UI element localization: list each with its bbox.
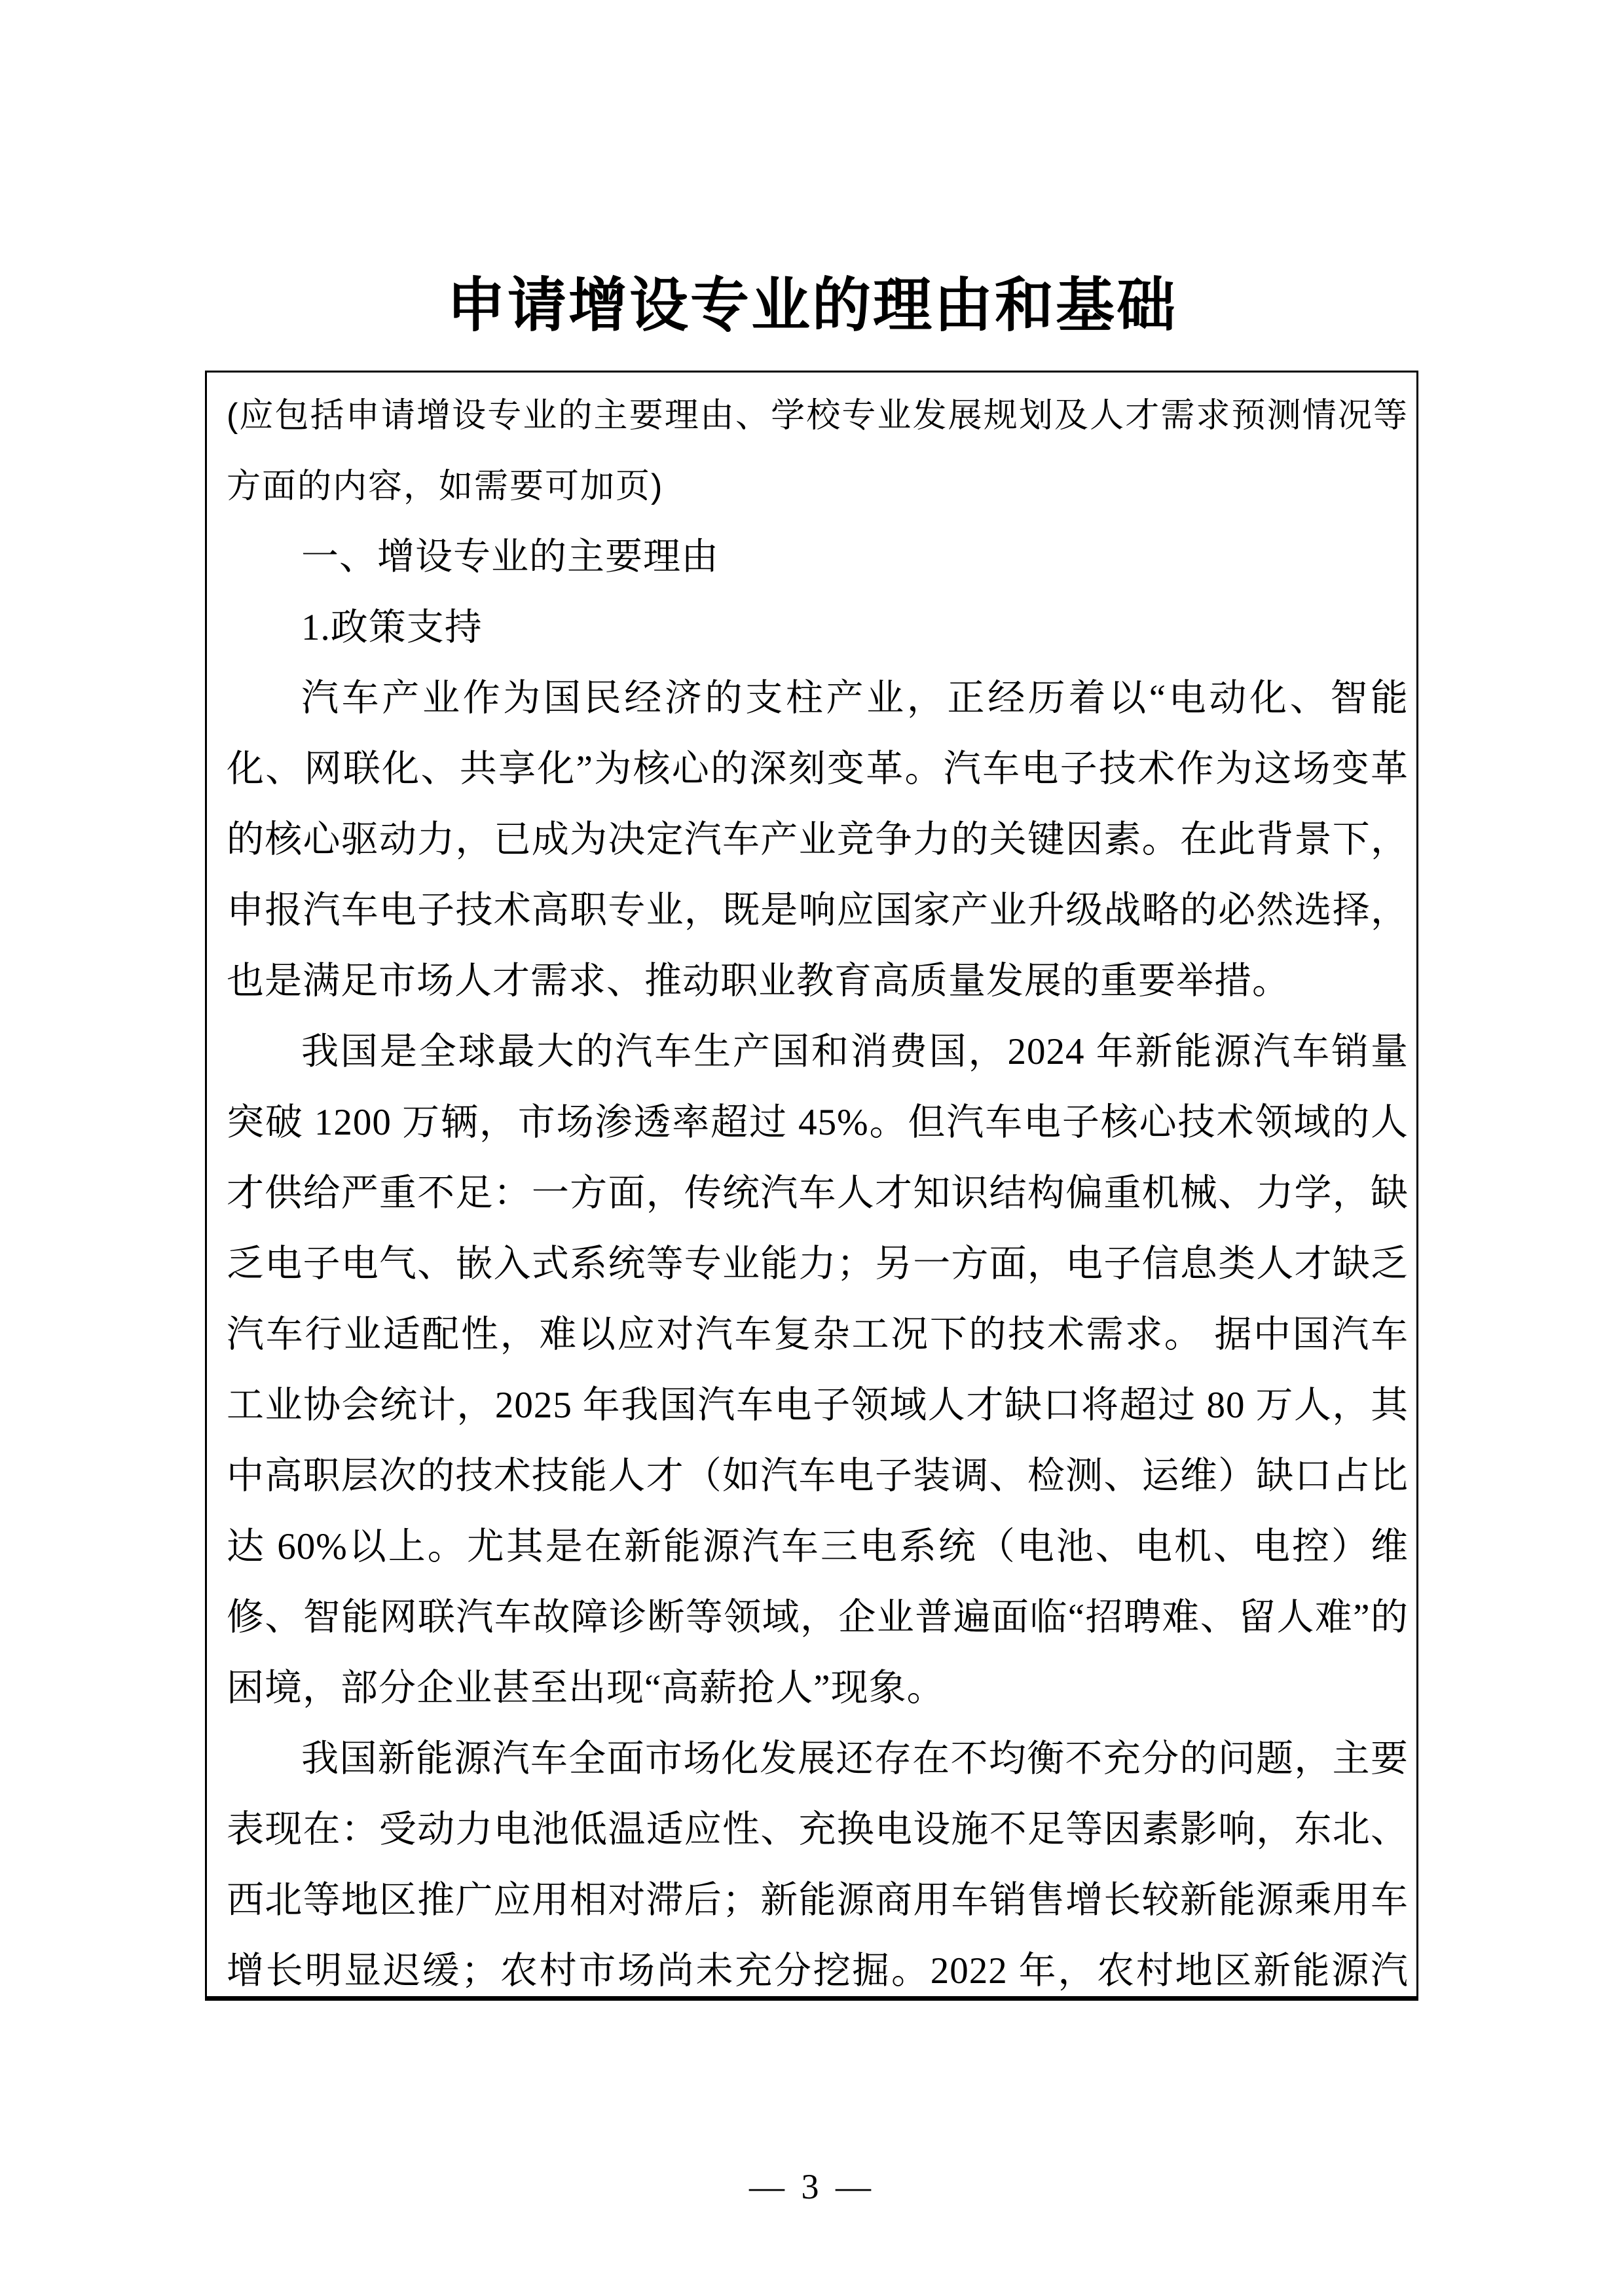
paragraph-1: 汽车产业作为国民经济的支柱产业，正经历着以“电动化、智能化、网联化、共享化”为核… [227,663,1409,1017]
page-title: 申请增设专业的理由和基础 [0,267,1624,346]
note-text: (应包括申请增设专业的主要理由、学校专业发展规划及人才需求预测情况等方面的内容，… [227,380,1409,522]
section-heading: 一、增设专业的主要理由 [227,522,1409,592]
subsection-heading: 1.政策支持 [227,592,1409,663]
document-page: 申请增设专业的理由和基础 (应包括申请增设专业的主要理由、学校专业发展规划及人才… [0,0,1624,2296]
paragraph-3: 我国新能源汽车全面市场化发展还存在不均衡不充分的问题，主要表现在：受动力电池低温… [227,1724,1409,2001]
page-number: — 3 — [0,2164,1624,2210]
paragraph-2: 我国是全球最大的汽车生产国和消费国，2024 年新能源汽车销量突破 1200 万… [227,1017,1409,1724]
content-box: (应包括申请增设专业的主要理由、学校专业发展规划及人才需求预测情况等方面的内容，… [205,371,1418,2001]
